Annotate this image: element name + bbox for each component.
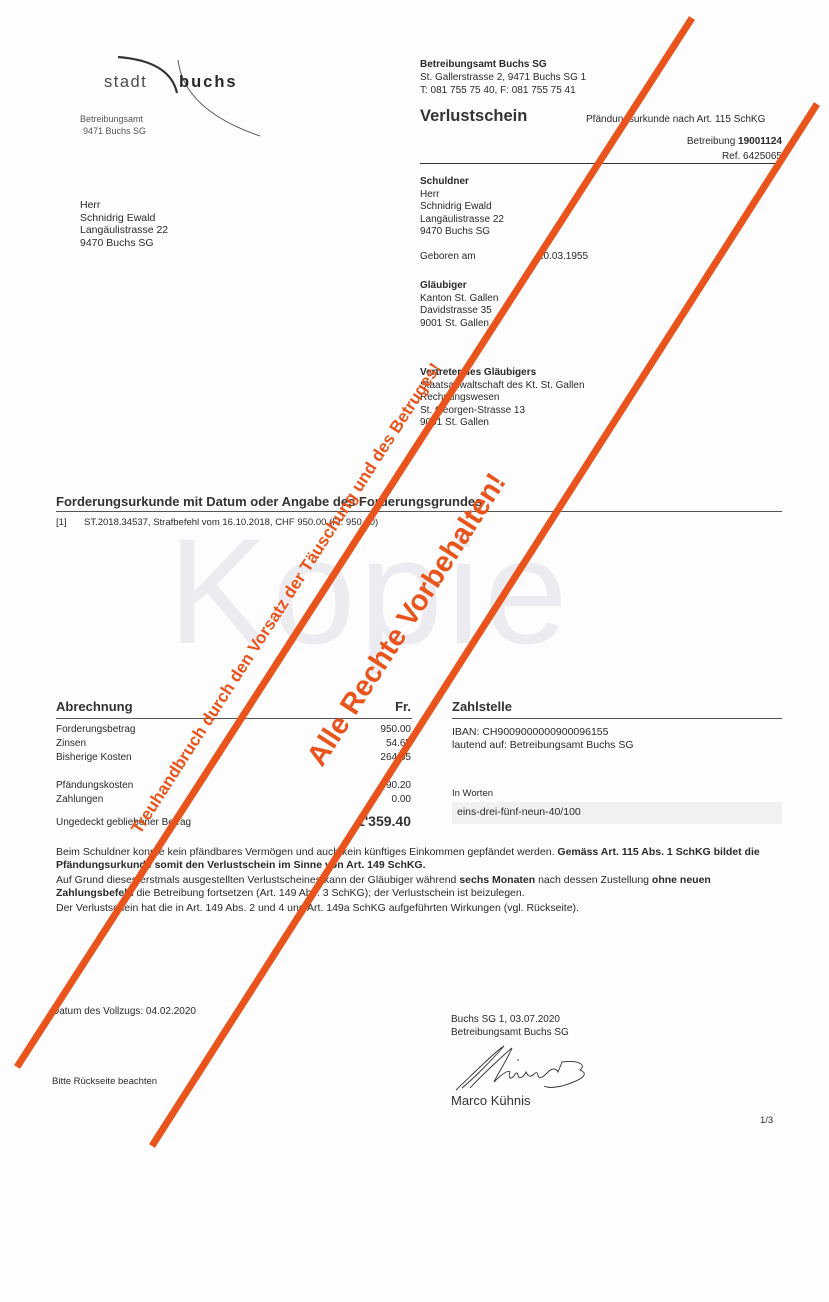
legal-text: Beim Schuldner konnte kein pfändbares Ve… [56, 846, 786, 918]
vertreter-heading: Vertreter des Gläubigers [420, 367, 585, 380]
logo-subtitle: Betreibungsamt 9471 Buchs SG [80, 113, 146, 137]
in-worten-value: eins-drei-fünf-neun-40/100 [457, 806, 581, 818]
addressee-block: Herr Schnidrig Ewald Langäulistrasse 22 … [80, 199, 168, 249]
signer-name: Marco Kühnis [451, 1093, 530, 1108]
abrechnung-row: Pfändungskosten 90.20 [56, 780, 411, 793]
vertreter-line: Rechnungswesen [420, 392, 585, 405]
abrechnung-currency: Fr. [360, 699, 411, 714]
abrechnung-row-label: Zahlungen [56, 794, 103, 805]
signing-office: Betreibungsamt Buchs SG [451, 1027, 569, 1040]
rueckseite-note: Bitte Rückseite beachten [52, 1076, 157, 1087]
abrechnung-row-label: Forderungsbetrag [56, 724, 136, 735]
schuldner-line: 9470 Buchs SG [420, 226, 504, 239]
addressee-street: Langäulistrasse 22 [80, 224, 168, 237]
forderungsurkunde-item-index: [1] [56, 517, 84, 528]
abrechnung-row-label: Pfändungskosten [56, 780, 133, 791]
reference-number: Ref. 6425065 [722, 151, 782, 162]
zahlstelle-divider [452, 718, 782, 719]
zahlstelle-heading: Zahlstelle [452, 699, 512, 714]
abrechnung-row: Zahlungen 0.00 [56, 794, 411, 807]
abrechnung-heading: Abrechnung [56, 699, 133, 714]
schuldner-heading: Schuldner [420, 176, 504, 189]
page-number: 1/3 [760, 1115, 773, 1126]
place-date: Buchs SG 1, 03.07.2020 [451, 1014, 569, 1027]
abrechnung-row-label: Bisherige Kosten [56, 752, 132, 763]
legal-text-normal: nach dessen Zustellung [535, 874, 652, 886]
legal-paragraph-2: Auf Grund dieses erstmals ausgestellten … [56, 874, 786, 899]
birth-date-row: Geboren am 10.03.1955 [420, 251, 476, 262]
schuldner-line: Langäulistrasse 22 [420, 214, 504, 227]
vertreter-line: 9001 St. Gallen [420, 417, 585, 430]
vertreter-block: Vertreter des Gläubigers Staatsanwaltsch… [420, 367, 585, 430]
vollzug-date: Datum des Vollzugs: 04.02.2020 [52, 1006, 196, 1017]
birth-date-label: Geboren am [420, 251, 476, 262]
abrechnung-row-value: 950.00 [380, 724, 411, 735]
header-divider [420, 163, 782, 164]
legal-text-normal: Auf Grund dieses erstmals ausgestellten … [56, 874, 459, 886]
schuldner-line: Herr [420, 189, 504, 202]
vertreter-line: St. Georgen-Strasse 13 [420, 405, 585, 418]
schuldner-line: Schnidrig Ewald [420, 201, 504, 214]
abrechnung-row-value: 54.65 [386, 738, 411, 749]
office-name: Betreibungsamt Buchs SG [420, 58, 586, 71]
addressee-salutation: Herr [80, 199, 168, 212]
glaeubiger-line: Davidstrasse 35 [420, 305, 498, 318]
legal-text-normal: die Betreibung fortsetzen (Art. 149 Abs.… [134, 887, 525, 899]
glaeubiger-line: 9001 St. Gallen [420, 318, 498, 331]
abrechnung-divider [56, 718, 412, 719]
glaeubiger-heading: Gläubiger [420, 280, 498, 293]
vertreter-line: Staatsanwaltschaft des Kt. St. Gallen [420, 380, 585, 393]
office-address: St. Gallerstrasse 2, 9471 Buchs SG 1 [420, 71, 586, 84]
forderungsurkunde-divider [56, 511, 782, 512]
glaeubiger-block: Gläubiger Kanton St. Gallen Davidstrasse… [420, 280, 498, 330]
abrechnung-row-value: 90.20 [386, 780, 411, 791]
zahlstelle-lautend: lautend auf: Betreibungsamt Buchs SG [452, 739, 634, 752]
abrechnung-row: Zinsen 54.65 [56, 738, 411, 751]
stadt-buchs-logo: stadt buchs Betreibungsamt 9471 Buchs SG [80, 55, 260, 145]
logo-word-stadt: stadt [104, 73, 147, 92]
addressee-name: Schnidrig Ewald [80, 212, 168, 225]
place-date-block: Buchs SG 1, 03.07.2020 Betreibungsamt Bu… [451, 1014, 569, 1039]
logo-city: 9471 Buchs SG [80, 125, 146, 137]
abrechnung-row-value: 264.55 [380, 752, 411, 763]
betreibung-number-line: Betreibung 19001124 [687, 136, 782, 147]
abrechnung-total-value: 1'359.40 [357, 813, 411, 829]
signature-icon [452, 1040, 602, 1095]
zahlstelle-iban: IBAN: CH9009000000900096155 [452, 726, 634, 739]
legal-text-bold: sechs Monaten [459, 874, 535, 886]
abrechnung-row: Bisherige Kosten 264.55 [56, 752, 411, 765]
legal-text-normal: Beim Schuldner konnte kein pfändbares Ve… [56, 846, 557, 858]
schuldner-block: Schuldner Herr Schnidrig Ewald Langäulis… [420, 176, 504, 239]
forderungsurkunde-item: [1]ST.2018.34537, Strafbefehl vom 16.10.… [56, 517, 378, 528]
abrechnung-row-value: 0.00 [392, 794, 411, 805]
forderungsurkunde-heading: Forderungsurkunde mit Datum oder Angabe … [56, 494, 482, 509]
in-worten-label: In Worten [452, 788, 493, 799]
addressee-city: 9470 Buchs SG [80, 237, 168, 250]
abrechnung-row-label: Zinsen [56, 738, 86, 749]
betreibung-label: Betreibung [687, 136, 735, 147]
office-header: Betreibungsamt Buchs SG St. Gallerstrass… [420, 58, 586, 97]
betreibung-number: 19001124 [738, 136, 782, 147]
document-title: Verlustschein [420, 107, 527, 126]
logo-office: Betreibungsamt [80, 113, 146, 125]
legal-paragraph-3: Der Verlustschein hat die in Art. 149 Ab… [56, 902, 786, 915]
kopie-watermark: Kopie [168, 505, 572, 678]
logo-word-buchs: buchs [179, 73, 238, 92]
forderungsurkunde-item-text: ST.2018.34537, Strafbefehl vom 16.10.201… [84, 517, 378, 528]
zahlstelle-details: IBAN: CH9009000000900096155 lautend auf:… [452, 726, 634, 752]
abrechnung-row: Forderungsbetrag 950.00 [56, 724, 411, 737]
document-subtitle: Pfändungsurkunde nach Art. 115 SchKG [586, 114, 765, 125]
birth-date-value: 10.03.1955 [538, 251, 588, 262]
abrechnung-total-label: Ungedeckt gebliebener Betrag [56, 817, 191, 828]
glaeubiger-line: Kanton St. Gallen [420, 293, 498, 306]
office-phone-fax: T: 081 755 75 40, F: 081 755 75 41 [420, 84, 586, 97]
legal-paragraph-1: Beim Schuldner konnte kein pfändbares Ve… [56, 846, 786, 871]
